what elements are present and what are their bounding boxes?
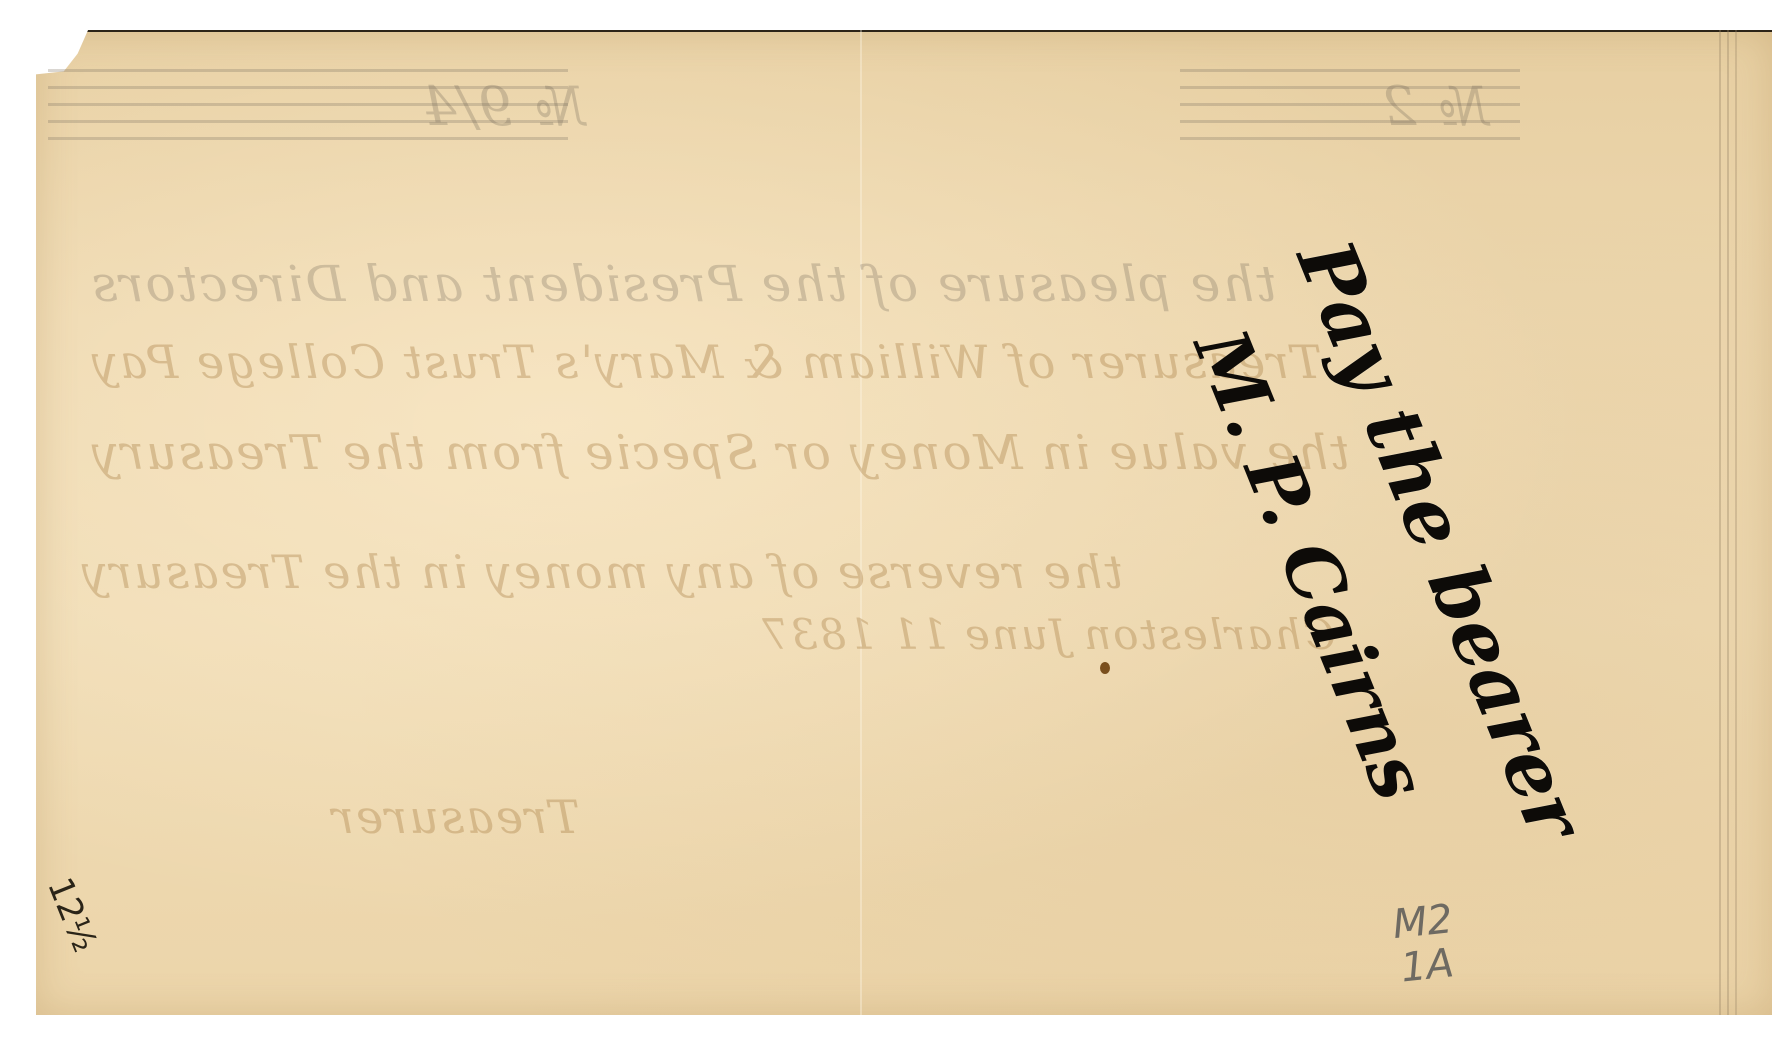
foxing-spot <box>1100 662 1110 674</box>
bleed-header-right: № 2 <box>1380 75 1489 138</box>
bleed-line-4: the reverse of any money in the Treasury <box>80 545 1123 599</box>
document-paper <box>36 30 1772 1015</box>
paper-fold-line <box>860 30 862 1015</box>
bleed-date-line: Charleston June 11 1837 <box>760 610 1336 659</box>
bleed-line-2: Treasurer of William & Mary's Trust Coll… <box>90 335 1322 389</box>
bleed-header-left: № 9/4 <box>420 75 585 138</box>
bleed-treasurer: Treasurer <box>330 790 580 844</box>
bleed-line-1: the pleasure of the President and Direct… <box>90 255 1277 313</box>
decorative-right-border <box>1715 30 1743 1015</box>
archival-marking: M2 1A <box>1391 897 1460 991</box>
archival-marking-line2: 1A <box>1395 941 1459 991</box>
archival-marking-line1: M2 <box>1391 897 1455 947</box>
bleed-line-3: the value in Money or Specie from the Tr… <box>90 425 1350 481</box>
